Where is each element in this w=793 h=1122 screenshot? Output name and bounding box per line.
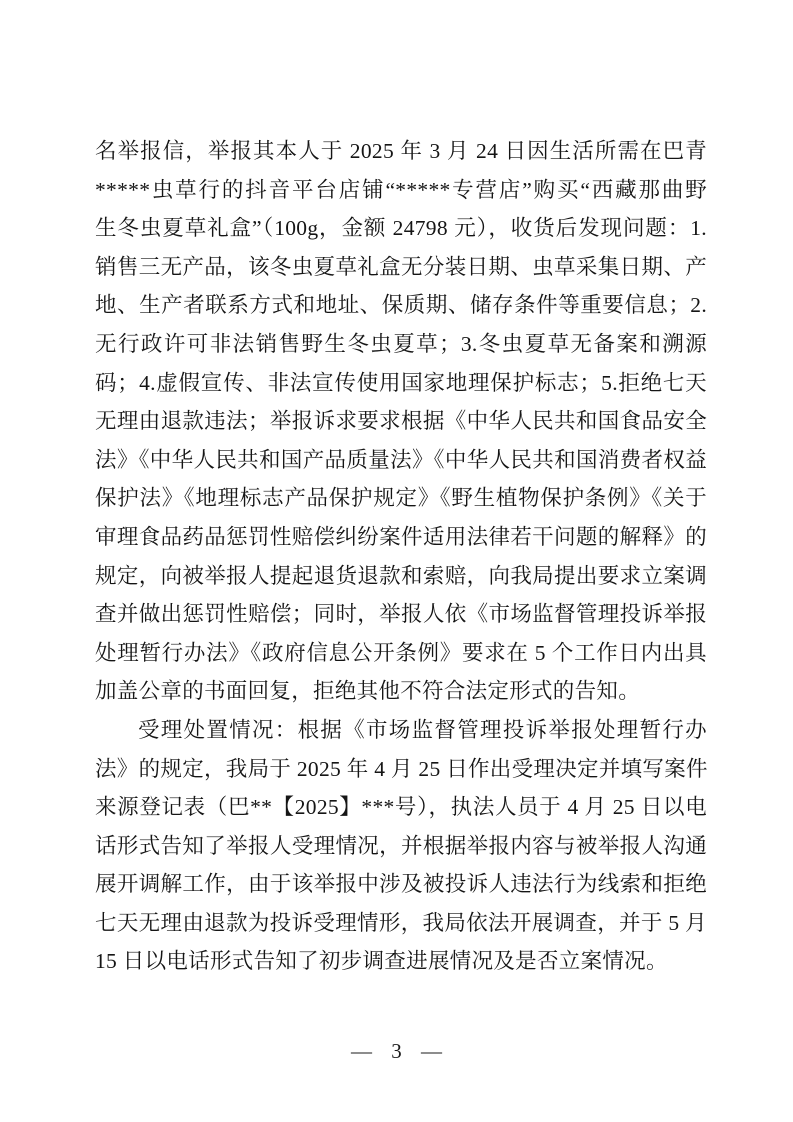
text-line: 展开调解工作，由于该举报中涉及被投诉人违法行为线索和拒绝: [95, 865, 707, 904]
text-line: 无理由退款违法；举报诉求要求根据《中华人民共和国食品安全: [95, 402, 707, 441]
text-line: 加盖公章的书面回复，拒绝其他不符合法定形式的告知。: [95, 672, 707, 711]
paragraph-2: 受理处置情况：根据《市场监督管理投诉举报处理暂行办 法》的规定，我局于 2025…: [95, 711, 707, 981]
text-line: 码；4.虚假宣传、非法宣传使用国家地理保护标志；5.拒绝七天: [95, 364, 707, 403]
document-page: 名举报信，举报其本人于 2025 年 3 月 24 日因生活所需在巴青 ****…: [0, 0, 793, 1122]
text-line: 受理处置情况：根据《市场监督管理投诉举报处理暂行办: [95, 711, 707, 750]
text-line: 审理食品药品惩罚性赔偿纠纷案件适用法律若干问题的解释》的: [95, 518, 707, 557]
text-line: 话形式告知了举报人受理情况，并根据举报内容与被举报人沟通: [95, 827, 707, 866]
text-line: 规定，向被举报人提起退货退款和索赔，向我局提出要求立案调: [95, 557, 707, 596]
text-line: 法》《中华人民共和国产品质量法》《中华人民共和国消费者权益: [95, 441, 707, 480]
text-line: 保护法》《地理标志产品保护规定》《野生植物保护条例》《关于: [95, 479, 707, 518]
page-number: — 3 —: [0, 1036, 793, 1066]
text-line: 法》的规定，我局于 2025 年 4 月 25 日作出受理决定并填写案件: [95, 750, 707, 789]
paragraph-1: 名举报信，举报其本人于 2025 年 3 月 24 日因生活所需在巴青 ****…: [95, 132, 707, 711]
text-line: 生冬虫夏草礼盒”（100g，金额 24798 元），收货后发现问题：1.: [95, 209, 707, 248]
text-line: 销售三无产品，该冬虫夏草礼盒无分装日期、虫草采集日期、产: [95, 248, 707, 287]
document-body: 名举报信，举报其本人于 2025 年 3 月 24 日因生活所需在巴青 ****…: [95, 132, 707, 981]
text-line: *****虫草行的抖音平台店铺“*****专营店”购买“西藏那曲野: [95, 171, 707, 210]
text-line: 查并做出惩罚性赔偿；同时，举报人依《市场监督管理投诉举报: [95, 595, 707, 634]
text-line: 无行政许可非法销售野生冬虫夏草；3.冬虫夏草无备案和溯源: [95, 325, 707, 364]
text-line: 地、生产者联系方式和地址、保质期、储存条件等重要信息；2.: [95, 286, 707, 325]
text-line: 名举报信，举报其本人于 2025 年 3 月 24 日因生活所需在巴青: [95, 132, 707, 171]
text-line: 七天无理由退款为投诉受理情形，我局依法开展调查，并于 5 月: [95, 904, 707, 943]
text-line: 处理暂行办法》《政府信息公开条例》要求在 5 个工作日内出具: [95, 634, 707, 673]
text-line: 来源登记表（巴**【2025】***号），执法人员于 4 月 25 日以电: [95, 788, 707, 827]
text-line: 15 日以电话形式告知了初步调查进展情况及是否立案情况。: [95, 942, 707, 981]
